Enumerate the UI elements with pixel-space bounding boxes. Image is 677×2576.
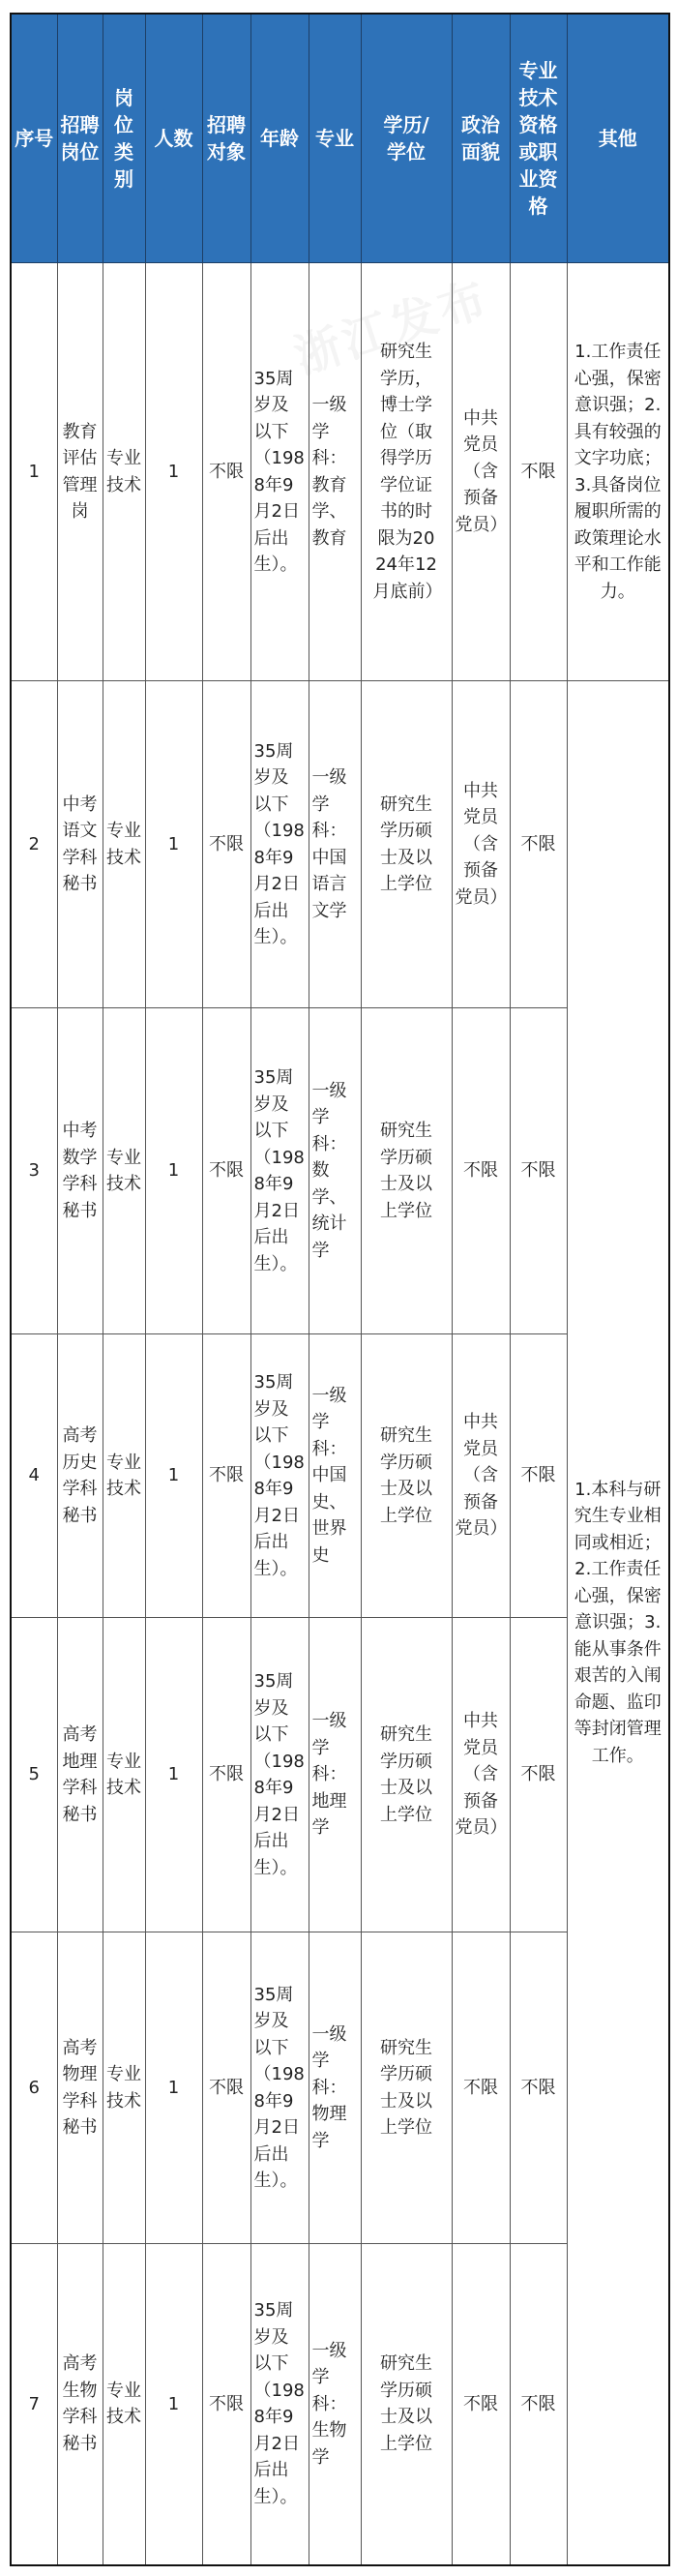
cell-target: 不限: [202, 1008, 250, 1334]
cell-age: 35周岁及以下（1988年9月2日后出生）。: [250, 1932, 309, 2244]
cell-qualification: 不限: [510, 2244, 567, 2565]
cell-education: 研究生学历硕士及以上学位: [361, 1932, 452, 2244]
header-other: 其他: [567, 14, 669, 263]
header-target: 招聘对象: [202, 14, 250, 263]
cell-age: 35周岁及以下（1988年9月2日后出生）。: [250, 2244, 309, 2565]
cell-category: 专业技术: [103, 1618, 145, 1932]
cell-major: 一级学科：数学、统计学: [309, 1008, 361, 1334]
cell-no: 1: [11, 263, 57, 681]
header-qualification: 专业技术资格或职业资格: [510, 14, 567, 263]
cell-position: 高考物理学科秘书: [57, 1932, 103, 2244]
cell-political: 中共党员（含预备党员）: [452, 681, 510, 1008]
cell-no: 6: [11, 1932, 57, 2244]
cell-category: 专业技术: [103, 263, 145, 681]
cell-no: 3: [11, 1008, 57, 1334]
cell-position: 教育评估管理岗: [57, 263, 103, 681]
cell-other-merged: 1.本科与研究生专业相同或相近；2.工作责任心强，保密意识强；3.能从事条件艰苦…: [567, 681, 669, 2565]
cell-count: 1: [145, 681, 202, 1008]
cell-education: 研究生学历硕士及以上学位: [361, 1618, 452, 1932]
cell-political: 不限: [452, 1008, 510, 1334]
cell-target: 不限: [202, 681, 250, 1008]
cell-no: 5: [11, 1618, 57, 1932]
cell-age: 35周岁及以下（1988年9月2日后出生）。: [250, 263, 309, 681]
cell-other: 1.工作责任心强，保密意识强；2.具有较强的文字功底；3.具备岗位履职所需的政策…: [567, 263, 669, 681]
cell-no: 4: [11, 1334, 57, 1618]
cell-count: 1: [145, 1008, 202, 1334]
cell-major: 一级学科：中国语言文学: [309, 681, 361, 1008]
cell-major: 一级学科：地理学: [309, 1618, 361, 1932]
cell-political: 中共党员（含预备党员）: [452, 1334, 510, 1618]
cell-age: 35周岁及以下（1988年9月2日后出生）。: [250, 1334, 309, 1618]
cell-target: 不限: [202, 263, 250, 681]
cell-count: 1: [145, 1932, 202, 2244]
cell-qualification: 不限: [510, 263, 567, 681]
cell-education: 研究生学历硕士及以上学位: [361, 1334, 452, 1618]
cell-qualification: 不限: [510, 1618, 567, 1932]
cell-position: 中考语文学科秘书: [57, 681, 103, 1008]
table-row: 1 教育评估管理岗 专业技术 1 不限 35周岁及以下（1988年9月2日后出生…: [11, 263, 669, 681]
cell-education: 研究生学历硕士及以上学位: [361, 681, 452, 1008]
cell-age: 35周岁及以下（1988年9月2日后出生）。: [250, 681, 309, 1008]
cell-count: 1: [145, 263, 202, 681]
header-political: 政治面貌: [452, 14, 510, 263]
cell-qualification: 不限: [510, 1334, 567, 1618]
cell-political: 不限: [452, 1932, 510, 2244]
header-category: 岗位类别: [103, 14, 145, 263]
header-major: 专业: [309, 14, 361, 263]
cell-target: 不限: [202, 1334, 250, 1618]
cell-age: 35周岁及以下（1988年9月2日后出生）。: [250, 1008, 309, 1334]
cell-major: 一级学科：教育学、教育: [309, 263, 361, 681]
cell-education: 研究生学历，博士学位（取得学历学位证书的时限为2024年12月底前）: [361, 263, 452, 681]
header-age: 年龄: [250, 14, 309, 263]
header-no: 序号: [11, 14, 57, 263]
cell-category: 专业技术: [103, 1334, 145, 1618]
cell-education: 研究生学历硕士及以上学位: [361, 1008, 452, 1334]
cell-position: 高考地理学科秘书: [57, 1618, 103, 1932]
cell-category: 专业技术: [103, 1932, 145, 2244]
cell-target: 不限: [202, 1618, 250, 1932]
cell-position: 高考生物学科秘书: [57, 2244, 103, 2565]
cell-qualification: 不限: [510, 1932, 567, 2244]
cell-qualification: 不限: [510, 681, 567, 1008]
cell-target: 不限: [202, 2244, 250, 2565]
cell-target: 不限: [202, 1932, 250, 2244]
cell-category: 专业技术: [103, 681, 145, 1008]
cell-political: 中共党员（含预备党员）: [452, 1618, 510, 1932]
cell-position: 高考历史学科秘书: [57, 1334, 103, 1618]
cell-category: 专业技术: [103, 2244, 145, 2565]
recruitment-table: 序号 招聘岗位 岗位类别 人数 招聘对象 年龄 专业 学历/学位 政治面貌 专业…: [10, 13, 670, 2566]
cell-qualification: 不限: [510, 1008, 567, 1334]
header-position: 招聘岗位: [57, 14, 103, 263]
header-education: 学历/学位: [361, 14, 452, 263]
cell-major: 一级学科：中国史、世界史: [309, 1334, 361, 1618]
cell-category: 专业技术: [103, 1008, 145, 1334]
cell-count: 1: [145, 2244, 202, 2565]
cell-political: 不限: [452, 2244, 510, 2565]
cell-political: 中共党员（含预备党员）: [452, 263, 510, 681]
cell-no: 7: [11, 2244, 57, 2565]
cell-age: 35周岁及以下（1988年9月2日后出生）。: [250, 1618, 309, 1932]
cell-no: 2: [11, 681, 57, 1008]
header-count: 人数: [145, 14, 202, 263]
cell-major: 一级学科：物理学: [309, 1932, 361, 2244]
cell-education: 研究生学历硕士及以上学位: [361, 2244, 452, 2565]
header-row: 序号 招聘岗位 岗位类别 人数 招聘对象 年龄 专业 学历/学位 政治面貌 专业…: [11, 14, 669, 263]
table-row: 2 中考语文学科秘书 专业技术 1 不限 35周岁及以下（1988年9月2日后出…: [11, 681, 669, 1008]
cell-major: 一级学科：生物学: [309, 2244, 361, 2565]
cell-count: 1: [145, 1618, 202, 1932]
cell-count: 1: [145, 1334, 202, 1618]
cell-position: 中考数学学科秘书: [57, 1008, 103, 1334]
